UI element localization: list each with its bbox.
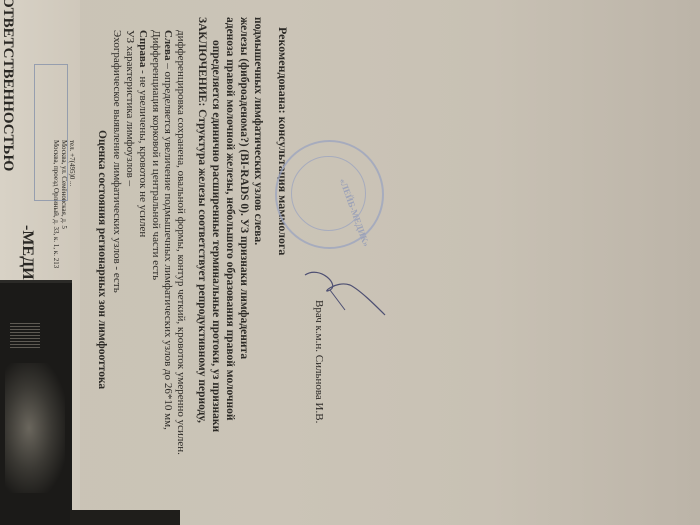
conclusion-line-5: подмышечных лимфатических узлов слева.: [252, 17, 264, 245]
header-line-top: ОТВЕТСТВЕННОСТЬЮ: [0, 0, 16, 171]
lymph-line-2: УЗ характеристика лимфоузлов –: [124, 30, 136, 186]
recommendation-label: Рекомендована:: [276, 27, 290, 114]
ultrasound-image: [0, 280, 72, 525]
left-label: Слева: [162, 30, 174, 60]
ultrasound-overlay-text: [10, 323, 40, 348]
lymph-left: Слева – определяется увеличение подмышеч…: [162, 30, 174, 430]
conclusion-line-1: ЗАКЛЮЧЕНИЕ: Структура железы соответству…: [196, 17, 208, 423]
lymph-line-1: Эхографическое выявление лимфатических у…: [111, 30, 123, 293]
handwritten-signature: [300, 260, 390, 320]
clinic-phone: тел. +7(495)0 ...: [68, 140, 76, 186]
clinic-header: ОТВЕТСТВЕННОСТЬЮ -МЕДИК» Москва, проезд …: [2, 0, 82, 280]
conclusion-label: ЗАКЛЮЧЕНИЕ:: [196, 17, 208, 106]
section-title: Оценка состояния регионарных зон лимфоот…: [96, 130, 108, 389]
lymph-right: Справа - не увеличены, кровоток не усиле…: [137, 30, 149, 237]
lymph-diff: Дифференциация корковой и центральной ча…: [150, 30, 162, 280]
lymph-left-2: дифференцировка сохранена, овальной форм…: [175, 30, 187, 455]
report-page: Оценка состояния регионарных зон лимфоот…: [80, 0, 700, 525]
clinic-stamp: «ЛЕЙБ-МЕДИК»: [275, 140, 384, 249]
left-text: – определяется увеличение подмышечных ли…: [162, 60, 174, 429]
right-label: Справа: [137, 30, 149, 67]
conclusion-line-2: определяется единично расширенные термин…: [210, 40, 222, 432]
right-text: - не увеличены, кровоток не усилен: [137, 67, 149, 237]
conclusion-text-1: Структура железы соответствует репродукт…: [196, 106, 208, 423]
ultrasound-scan: [5, 363, 65, 493]
stamp-center-text: «ЛЕЙБ-МЕДИК»: [338, 177, 372, 248]
conclusion-line-4: железы (фиброаденома?) (BI-RADS 0). УЗ п…: [238, 17, 250, 359]
header-stamp-box: [34, 64, 68, 201]
conclusion-line-3: аденоза правой молочной железы, небольшо…: [224, 17, 236, 420]
